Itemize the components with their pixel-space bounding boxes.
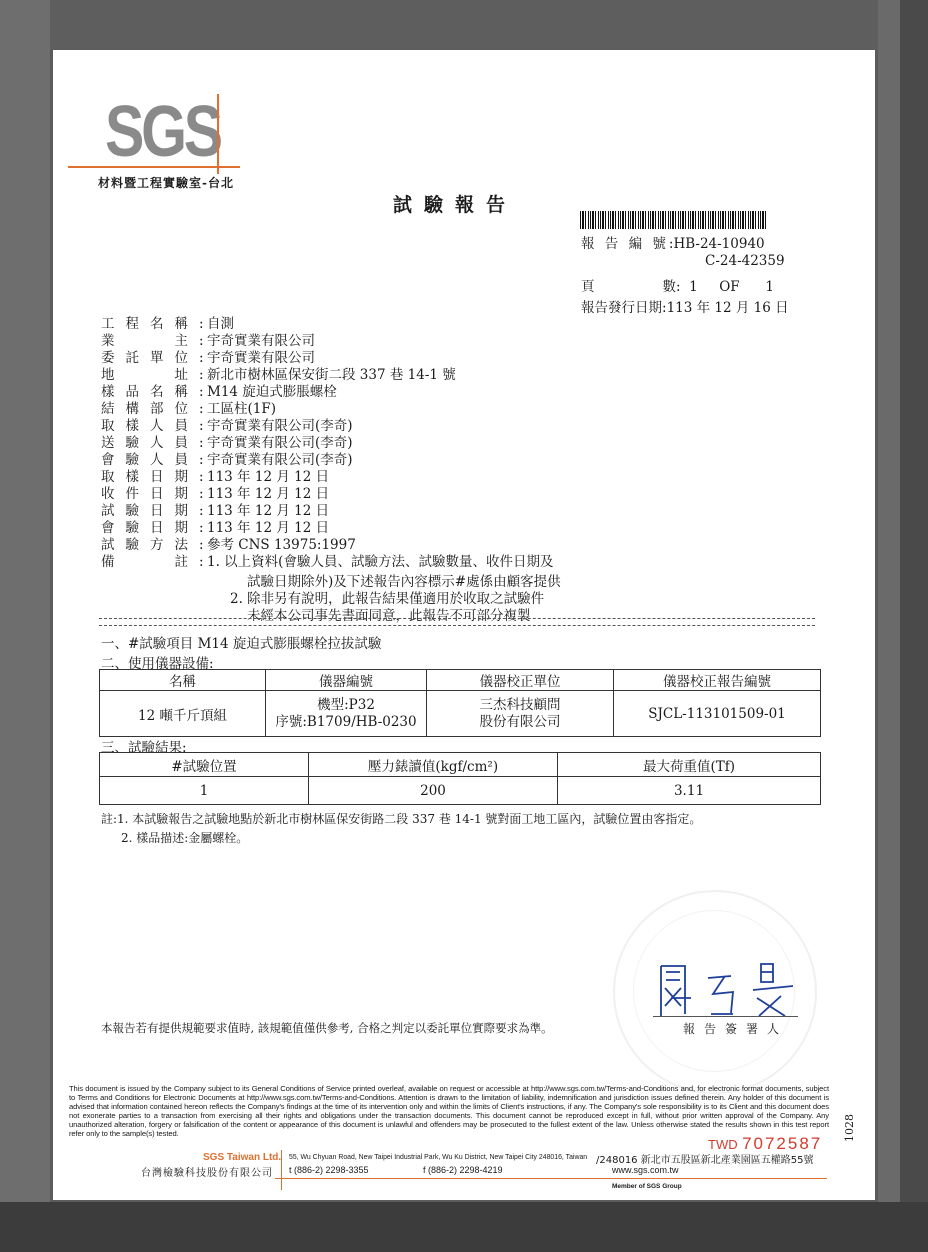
double-dashed-separator bbox=[99, 618, 815, 626]
info-row: 委託單位:宇奇實業有限公司 bbox=[101, 350, 315, 367]
info-value: 1. 以上資料(會驗人員、試驗方法、試驗數量、收件日期及 bbox=[207, 554, 553, 570]
terms-link-2[interactable]: http://www.sgs.com.tw/Terms-and-Conditio… bbox=[247, 1093, 394, 1102]
header-cell: 最大荷重值(Tf) bbox=[558, 753, 821, 777]
results-table: #試驗位置 壓力錶讀值(kgf/cm²) 最大荷重值(Tf) 1 200 3.1… bbox=[99, 752, 821, 805]
info-label-char: 驗 bbox=[126, 503, 151, 520]
info-label: 送驗人員 bbox=[101, 435, 199, 452]
info-label-char: 工 bbox=[101, 316, 126, 333]
info-row: 會驗人員:宇奇實業有限公司(李奇) bbox=[101, 452, 353, 469]
company-phone: t (886-2) 2298-3355 bbox=[289, 1165, 369, 1175]
info-value: 113 年 12 月 12 日 bbox=[207, 520, 329, 536]
info-value: 工區柱(1F) bbox=[207, 401, 276, 417]
info-label-char: 會 bbox=[101, 520, 126, 537]
member-of-sgs-group: Member of SGS Group bbox=[612, 1183, 682, 1190]
info-row: 地址:新北市樹林區保安街二段 337 巷 14-1 號 bbox=[101, 367, 456, 384]
info-value: 宇奇實業有限公司 bbox=[207, 350, 315, 366]
info-label-char: 樣 bbox=[101, 384, 126, 401]
report-number-label: 報 告 編 號 bbox=[581, 236, 669, 252]
info-value: 新北市樹林區保安街二段 337 巷 14-1 號 bbox=[207, 367, 456, 383]
header-cell: 儀器校正單位 bbox=[427, 670, 614, 691]
info-label-char: 期 bbox=[175, 520, 200, 537]
info-label-char: 法 bbox=[175, 537, 200, 554]
info-colon: : bbox=[199, 503, 207, 520]
info-label-char: 名 bbox=[150, 384, 175, 401]
info-label-char: 件 bbox=[126, 486, 151, 503]
info-value: 宇奇實業有限公司(李奇) bbox=[207, 418, 353, 434]
info-label: 試驗日期 bbox=[101, 503, 199, 520]
company-name-en: SGS Taiwan Ltd. bbox=[203, 1152, 281, 1163]
info-row: 取樣人員:宇奇實業有限公司(李奇) bbox=[101, 418, 353, 435]
info-colon: : bbox=[199, 520, 207, 537]
equipment-name: 12 噸千斤頂組 bbox=[100, 691, 266, 737]
info-row: 結構部位:工區柱(1F) bbox=[101, 401, 276, 418]
info-label: 取樣日期 bbox=[101, 469, 199, 486]
equipment-serial: 序號:B1709/HB-0230 bbox=[266, 714, 426, 731]
info-label-char: 位 bbox=[175, 401, 200, 418]
info-label-char: 樣 bbox=[126, 469, 151, 486]
page-of: OF bbox=[719, 279, 739, 295]
company-fax: f (886-2) 2298-4219 bbox=[423, 1165, 503, 1175]
equipment-table-header: 名稱 儀器編號 儀器校正單位 儀器校正報告編號 bbox=[100, 670, 821, 691]
info-row: 試驗日期:113 年 12 月 12 日 bbox=[101, 503, 329, 520]
legal-text-1: This document is issued by the Company s… bbox=[69, 1084, 531, 1093]
info-row: 業主:宇奇實業有限公司 bbox=[101, 333, 315, 350]
info-label-char: 員 bbox=[175, 435, 200, 452]
report-number-secondary: C-24-42359 bbox=[705, 253, 785, 269]
info-value: 自測 bbox=[207, 316, 234, 332]
info-label-char: 地 bbox=[101, 367, 126, 384]
info-label-char: 註 bbox=[175, 554, 200, 571]
info-label-char: 人 bbox=[150, 418, 175, 435]
info-value: 宇奇實業有限公司(李奇) bbox=[207, 435, 353, 451]
info-row: 會驗日期:113 年 12 月 12 日 bbox=[101, 520, 329, 537]
equipment-id: 機型:P32 序號:B1709/HB-0230 bbox=[266, 691, 427, 737]
info-label: 收件日期 bbox=[101, 486, 199, 503]
info-label-char: 驗 bbox=[126, 520, 151, 537]
info-label-char: 稱 bbox=[175, 384, 200, 401]
page-label-1: 頁 bbox=[581, 279, 595, 295]
info-label: 試驗方法 bbox=[101, 537, 199, 554]
results-table-header: #試驗位置 壓力錶讀值(kgf/cm²) 最大荷重值(Tf) bbox=[100, 753, 821, 777]
terms-link-1[interactable]: http://www.sgs.com.tw/Terms-and-Conditio… bbox=[531, 1084, 678, 1093]
info-colon: : bbox=[199, 537, 207, 554]
calibration-unit: 三杰科技顧問 股份有限公司 bbox=[427, 691, 614, 737]
side-number: 1028 bbox=[843, 1114, 856, 1142]
page-current: 1 bbox=[689, 279, 698, 295]
info-row: 備註:1. 以上資料(會驗人員、試驗方法、試驗數量、收件日期及 bbox=[101, 554, 553, 571]
info-label-char: 委 bbox=[101, 350, 126, 367]
info-colon: : bbox=[199, 384, 207, 401]
info-label: 地址 bbox=[101, 367, 199, 384]
info-label-char: 日 bbox=[150, 486, 175, 503]
frame-bottom bbox=[0, 1202, 928, 1252]
signature bbox=[653, 958, 803, 1020]
info-label-char: 員 bbox=[175, 452, 200, 469]
info-label-char: 備 bbox=[101, 554, 126, 571]
pressure-reading: 200 bbox=[309, 777, 558, 805]
info-label-char: 日 bbox=[150, 469, 175, 486]
info-colon: : bbox=[199, 350, 207, 367]
company-address-zh: /248016 新北市五股區新北產業園區五權路55號 bbox=[596, 1151, 813, 1166]
info-label-char: 部 bbox=[150, 401, 175, 418]
calibration-unit-line-1: 三杰科技顧問 bbox=[427, 697, 613, 714]
footer-rule-vertical bbox=[281, 1150, 282, 1190]
info-colon: : bbox=[199, 435, 207, 452]
info-label-char: 試 bbox=[101, 537, 126, 554]
info-label-char: 品 bbox=[126, 384, 151, 401]
info-label-char: 方 bbox=[150, 537, 175, 554]
logo-rule-vertical bbox=[217, 94, 219, 174]
header-cell: 壓力錶讀值(kgf/cm²) bbox=[309, 753, 558, 777]
frame-right bbox=[878, 0, 928, 1252]
info-row: 收件日期:113 年 12 月 12 日 bbox=[101, 486, 329, 503]
header-cell: 儀器校正報告編號 bbox=[614, 670, 821, 691]
info-label-char: 期 bbox=[175, 486, 200, 503]
signer-label: 報告簽署人 bbox=[683, 1020, 788, 1037]
info-label-char: 程 bbox=[126, 316, 151, 333]
info-label-char: 名 bbox=[150, 316, 175, 333]
info-label-char: 收 bbox=[101, 486, 126, 503]
requirement-note: 本報告若有提供規範要求值時, 該規範值僅供參考, 合格之判定以委託單位實際要求為… bbox=[101, 1020, 553, 1036]
info-label: 備註 bbox=[101, 554, 199, 571]
info-label: 取樣人員 bbox=[101, 418, 199, 435]
frame-left bbox=[0, 0, 50, 1252]
remark-1: 註:1. 本試驗報告之試驗地點於新北市樹林區保安街路二段 337 巷 14-1 … bbox=[101, 810, 701, 827]
info-label-char: 日 bbox=[150, 503, 175, 520]
info-label-char: 驗 bbox=[126, 537, 151, 554]
info-label-char: 期 bbox=[175, 503, 200, 520]
remark-2: 2. 樣品描述:金屬螺栓。 bbox=[121, 829, 248, 846]
equipment-model: 機型:P32 bbox=[266, 697, 426, 714]
info-colon: : bbox=[199, 418, 207, 435]
info-colon: : bbox=[199, 401, 207, 418]
section-test-item: 一、#試驗項目 M14 旋迫式膨脹螺栓拉拔試驗 bbox=[101, 632, 381, 652]
max-load: 3.11 bbox=[558, 777, 821, 805]
legal-disclaimer: This document is issued by the Company s… bbox=[69, 1085, 829, 1138]
info-label-char: 構 bbox=[126, 401, 151, 418]
info-label-char: 業 bbox=[101, 333, 126, 350]
table-row: 12 噸千斤頂組 機型:P32 序號:B1709/HB-0230 三杰科技顧問 … bbox=[100, 691, 821, 737]
company-website[interactable]: www.sgs.com.tw bbox=[612, 1165, 679, 1175]
header-cell: 儀器編號 bbox=[266, 670, 427, 691]
info-colon: : bbox=[199, 367, 207, 384]
info-label-char: 取 bbox=[101, 469, 126, 486]
sgs-logo: SGS bbox=[105, 96, 220, 168]
info-colon: : bbox=[199, 486, 207, 503]
header-cell: #試驗位置 bbox=[100, 753, 309, 777]
lab-name: 材料暨工程實驗室-台北 bbox=[98, 174, 234, 191]
test-report-page: SGS 材料暨工程實驗室-台北 試驗報告 報 告 編 號:HB-24-10940… bbox=[53, 50, 875, 1200]
info-label-char: 送 bbox=[101, 435, 126, 452]
info-label: 業主 bbox=[101, 333, 199, 350]
info-label-char: 人 bbox=[150, 452, 175, 469]
report-number: HB-24-10940 bbox=[673, 236, 764, 252]
info-label-char: 人 bbox=[150, 435, 175, 452]
company-name-zh: 台灣檢驗科技股份有限公司 bbox=[141, 1164, 273, 1179]
frame-top bbox=[0, 0, 928, 50]
info-label-char: 單 bbox=[150, 350, 175, 367]
info-label-char: 會 bbox=[101, 452, 126, 469]
info-label-char: 託 bbox=[126, 350, 151, 367]
calibration-report-number: SJCL-113101509-01 bbox=[614, 691, 821, 737]
info-row: 送驗人員:宇奇實業有限公司(李奇) bbox=[101, 435, 353, 452]
info-label: 樣品名稱 bbox=[101, 384, 199, 401]
info-row: 試驗方法:參考 CNS 13975:1997 bbox=[101, 537, 356, 554]
issue-date-label: 報告發行日期 bbox=[581, 300, 662, 316]
info-colon: : bbox=[199, 333, 207, 350]
info-label: 結構部位 bbox=[101, 401, 199, 418]
signature-line bbox=[653, 1016, 798, 1017]
logo-rule-horizontal bbox=[68, 166, 240, 168]
table-row: 1 200 3.11 bbox=[100, 777, 821, 805]
info-label-char: 日 bbox=[150, 520, 175, 537]
info-label-char: 驗 bbox=[126, 435, 151, 452]
info-label-char: 址 bbox=[175, 367, 200, 384]
company-address-en: 55, Wu Chyuan Road, New Taipei Industria… bbox=[289, 1152, 587, 1161]
info-colon: : bbox=[199, 469, 207, 486]
info-label-char: 樣 bbox=[126, 418, 151, 435]
page-count-row: 頁數: 1 OF 1 bbox=[581, 275, 774, 295]
info-colon: : bbox=[199, 554, 207, 571]
info-label-char: 主 bbox=[175, 333, 200, 350]
info-colon: : bbox=[199, 452, 207, 469]
info-label: 會驗日期 bbox=[101, 520, 199, 537]
info-colon: : bbox=[199, 316, 207, 333]
info-label-char: 結 bbox=[101, 401, 126, 418]
info-row: 取樣日期:113 年 12 月 12 日 bbox=[101, 469, 329, 486]
info-label: 工程名稱 bbox=[101, 316, 199, 333]
info-label-char: 員 bbox=[175, 418, 200, 435]
info-value: 113 年 12 月 12 日 bbox=[207, 469, 329, 485]
info-value: M14 旋迫式膨脹螺栓 bbox=[207, 384, 337, 400]
header-cell: 名稱 bbox=[100, 670, 266, 691]
info-label-char: 稱 bbox=[175, 316, 200, 333]
footer-rule-horizontal bbox=[275, 1178, 827, 1179]
serial-prefix: TWD bbox=[708, 1137, 738, 1152]
issue-date: 113 年 12 月 16 日 bbox=[667, 300, 789, 316]
page-total: 1 bbox=[765, 279, 774, 295]
info-label-char: 期 bbox=[175, 469, 200, 486]
document-title: 試驗報告 bbox=[393, 190, 517, 217]
equipment-table: 名稱 儀器編號 儀器校正單位 儀器校正報告編號 12 噸千斤頂組 機型:P32 … bbox=[99, 669, 821, 737]
info-value: 宇奇實業有限公司 bbox=[207, 333, 315, 349]
issue-date-row: 報告發行日期:113 年 12 月 16 日 bbox=[581, 296, 789, 316]
info-label-char: 取 bbox=[101, 418, 126, 435]
info-value: 113 年 12 月 12 日 bbox=[207, 503, 329, 519]
info-value: 宇奇實業有限公司(李奇) bbox=[207, 452, 353, 468]
info-label-char: 試 bbox=[101, 503, 126, 520]
report-number-row: 報 告 編 號:HB-24-10940 bbox=[581, 232, 765, 252]
info-label: 會驗人員 bbox=[101, 452, 199, 469]
info-label: 委託單位 bbox=[101, 350, 199, 367]
info-row: 樣品名稱:M14 旋迫式膨脹螺栓 bbox=[101, 384, 337, 401]
info-label-char: 位 bbox=[175, 350, 200, 367]
test-position: 1 bbox=[100, 777, 309, 805]
info-value: 參考 CNS 13975:1997 bbox=[207, 537, 356, 553]
info-value: 113 年 12 月 12 日 bbox=[207, 486, 329, 502]
calibration-unit-line-2: 股份有限公司 bbox=[427, 714, 613, 731]
barcode bbox=[580, 211, 766, 229]
info-label-char: 驗 bbox=[126, 452, 151, 469]
info-row: 工程名稱:自測 bbox=[101, 316, 234, 333]
page-label-2: 數 bbox=[663, 279, 677, 295]
